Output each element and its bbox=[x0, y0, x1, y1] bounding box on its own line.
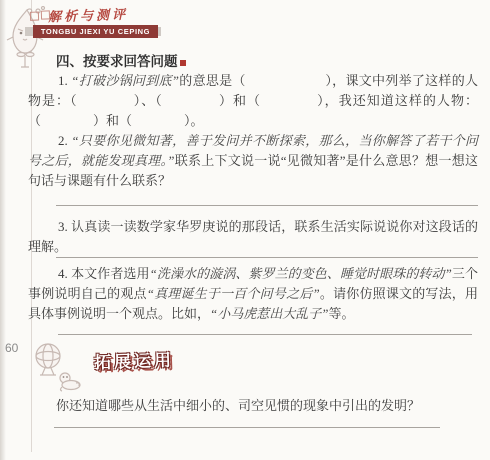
series-banner: TONGBU JIEXI YU CEPING bbox=[33, 25, 158, 38]
globe-kid-mascot-icon bbox=[26, 339, 84, 400]
question-item-2: 2. “只要你见微知著，善于发问并不断探索，那么，当你解答了若干个问号之后，就能… bbox=[28, 131, 478, 191]
question-item-4: 4. 本文作者选用“洗澡水的漩涡、紫罗兰的变色、睡觉时眼珠的转动”三个事例说明自… bbox=[28, 264, 478, 324]
answer-line bbox=[58, 334, 472, 335]
question-number: 2. bbox=[58, 133, 71, 148]
question-text: 认真读一读数学家华罗庚说的那段话，联系生活实际说说你对这段话的理解。 bbox=[28, 219, 478, 254]
answer-line bbox=[56, 257, 478, 258]
quoted-examples: “洗澡水的漩涡、紫罗兰的变色、睡觉时眼珠的转动” bbox=[150, 266, 452, 281]
answer-line bbox=[56, 205, 478, 206]
extension-question: 你还知道哪些从生活中细小的、司空见惯的现象中引出的发明？ bbox=[56, 396, 476, 416]
page-number: 60 bbox=[5, 341, 18, 355]
workbook-page: 解析与测评 TONGBU JIEXI YU CEPING 四、按要求回答问题 1… bbox=[0, 0, 490, 460]
question-item-1: 1. “打破沙锅问到底”的意思是（ ），课文中列举了这样的人物是：（ ）、（ ）… bbox=[28, 71, 478, 131]
section-heading-text: 四、按要求回答问题 bbox=[56, 54, 178, 69]
series-handwritten-title: 解析与测评 bbox=[48, 4, 129, 26]
answer-line bbox=[54, 427, 440, 428]
question-number: 4. bbox=[58, 266, 71, 281]
quoted-phrase: “打破沙锅问到底” bbox=[71, 73, 179, 88]
question-number: 1. bbox=[58, 73, 71, 88]
extension-ribbon: 拓展运用 bbox=[94, 346, 175, 374]
question-item-3: 3. 认真读一读数学家华罗庚说的那段话，联系生活实际说说你对这段话的理解。 bbox=[28, 217, 478, 257]
question-text: 本文作者选用 bbox=[71, 266, 149, 281]
square-bullet-icon bbox=[180, 60, 186, 66]
quoted-viewpoint: “真理诞生于一百个问号之后” bbox=[147, 286, 320, 301]
question-number: 3. bbox=[58, 219, 71, 234]
section-heading: 四、按要求回答问题 bbox=[56, 50, 186, 70]
quoted-example-title: “小马虎惹出大乱子” bbox=[210, 306, 328, 321]
question-text: 等。 bbox=[328, 306, 354, 321]
